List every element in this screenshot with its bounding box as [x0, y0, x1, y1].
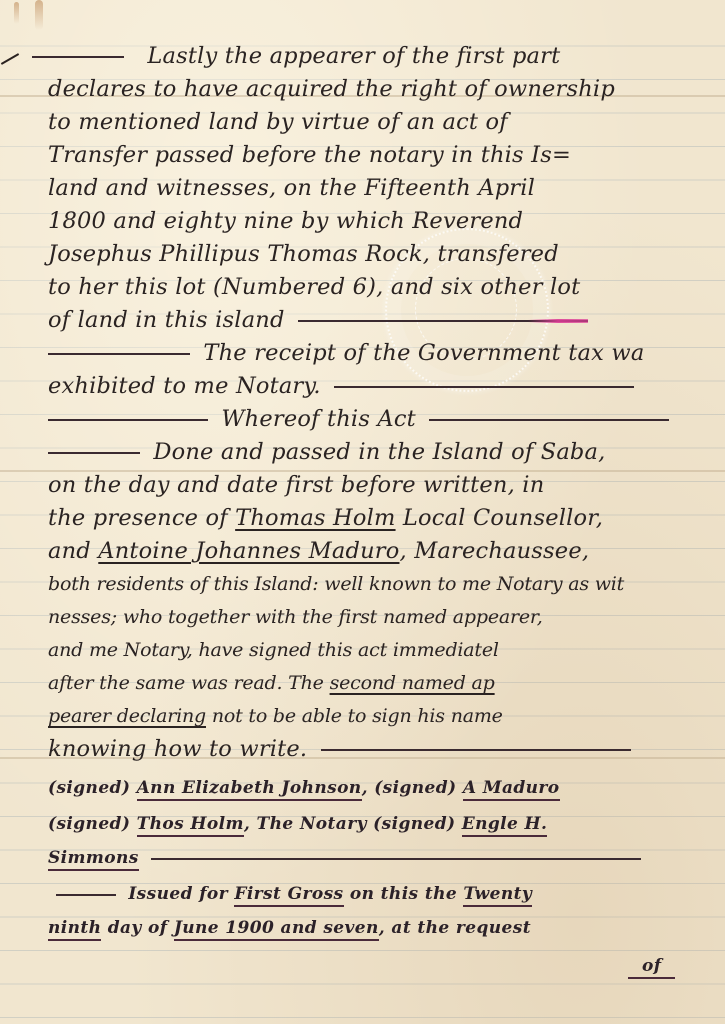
line-text: to mentioned land by virtue of an act of	[48, 109, 508, 135]
line-text: of	[628, 956, 675, 979]
issue-date: June 1900 and seven	[174, 918, 379, 941]
text-line: declares to have acquired the right of o…	[48, 73, 725, 106]
signature-holm: Thos Holm	[137, 814, 244, 837]
text-line: The receipt of the Government tax wa	[48, 337, 725, 370]
margin-tick-mark	[1, 53, 19, 65]
line-text: the presence of	[48, 505, 228, 531]
signature-notary-surname: Simmons	[48, 848, 139, 871]
text-line: knowing how to write.	[48, 733, 725, 766]
line-filler	[56, 894, 116, 896]
line-text: of land in this island	[48, 307, 285, 333]
line-text: Josephus Phillipus Thomas Rock, transfer…	[48, 241, 559, 267]
line-text: exhibited to me Notary.	[48, 373, 321, 399]
signature-maduro: A Maduro	[463, 778, 560, 801]
line-filler	[48, 452, 140, 454]
signed-label: , The Notary (signed)	[244, 814, 456, 834]
line-text: not to be able to sign his name	[212, 705, 503, 727]
line-text: declares to have acquired the right of o…	[48, 76, 615, 102]
text-line: exhibited to me Notary.	[48, 370, 725, 403]
text-line: and Antoine Johannes Maduro, Marechausse…	[48, 535, 725, 568]
text-line: 1800 and eighty nine by which Reverend	[48, 205, 725, 238]
line-text: and me Notary, have signed this act imme…	[48, 639, 499, 661]
line-filler	[321, 749, 631, 751]
text-line: to mentioned land by virtue of an act of	[48, 106, 725, 139]
text-line: of land in this island	[48, 304, 725, 337]
text-line: Done and passed in the Island of Saba,	[48, 436, 725, 469]
text-line: and me Notary, have signed this act imme…	[48, 634, 725, 667]
witness-name: Thomas Holm	[235, 505, 395, 531]
text-line: the presence of Thomas Holm Local Counse…	[48, 502, 725, 535]
paper-stain	[35, 0, 43, 30]
line-filler	[48, 353, 190, 355]
line-filler	[429, 419, 669, 421]
text-line: after the same was read. The second name…	[48, 667, 725, 700]
text-line: both residents of this Island: well know…	[48, 568, 725, 601]
line-text: Local Counsellor,	[403, 505, 603, 531]
issue-day: Twenty	[463, 884, 532, 907]
signature-line: Simmons	[48, 842, 725, 875]
line-text: , Marechaussee,	[399, 538, 589, 564]
line-text: and	[48, 538, 91, 564]
text-line: of	[628, 950, 725, 983]
signature-appearer: Ann Elizabeth Johnson	[137, 778, 362, 801]
text-line: Issued for First Gross on this the Twent…	[48, 878, 725, 911]
line-filler	[32, 56, 124, 58]
line-text: The receipt of the Government tax wa	[203, 340, 644, 366]
line-text: after the same was read. The	[48, 672, 324, 694]
text-line: to her this lot (Numbered 6), and six ot…	[48, 271, 725, 304]
document-page: Lastly the appearer of the first part de…	[0, 0, 725, 1024]
line-filler	[334, 386, 634, 388]
text-line: Josephus Phillipus Thomas Rock, transfer…	[48, 238, 725, 271]
line-text: Whereof this Act	[221, 406, 416, 432]
witness-name: Antoine Johannes Maduro	[98, 538, 399, 564]
text-line: on the day and date first before written…	[48, 469, 725, 502]
copy-type: First Gross	[234, 884, 343, 907]
underlined-phrase: pearer declaring	[48, 705, 206, 727]
text-line: pearer declaring not to be able to sign …	[48, 700, 725, 733]
line-text: both residents of this Island: well know…	[48, 573, 624, 595]
line-text: , at the request	[379, 918, 531, 938]
line-text: Lastly the appearer of the first part	[147, 43, 560, 69]
signed-label: (signed)	[48, 814, 130, 834]
line-text: land and witnesses, on the Fifteenth Apr…	[48, 175, 535, 201]
issue-day: ninth	[48, 918, 101, 941]
line-text: on this the	[350, 884, 457, 904]
line-text: nesses; who together with the first name…	[48, 606, 543, 628]
text-line: nesses; who together with the first name…	[48, 601, 725, 634]
line-text: on the day and date first before written…	[48, 472, 544, 498]
signature-notary: Engle H.	[462, 814, 548, 837]
text-line: land and witnesses, on the Fifteenth Apr…	[48, 172, 725, 205]
text-line: Transfer passed before the notary in thi…	[48, 139, 725, 172]
line-filler	[48, 419, 208, 421]
line-filler	[151, 858, 641, 860]
line-text: knowing how to write.	[48, 736, 307, 762]
signature-line: (signed) Ann Elizabeth Johnson, (signed)…	[48, 772, 725, 805]
line-text: Transfer passed before the notary in thi…	[48, 142, 571, 168]
text-line: ninth day of June 1900 and seven, at the…	[48, 912, 725, 945]
line-text: 1800 and eighty nine by which Reverend	[48, 208, 523, 234]
line-text: to her this lot (Numbered 6), and six ot…	[48, 274, 580, 300]
underlined-phrase: second named ap	[330, 672, 495, 694]
signed-label: (signed)	[48, 778, 130, 798]
line-text: Done and passed in the Island of Saba,	[153, 439, 605, 465]
line-text: day of	[108, 918, 168, 938]
text-line: Lastly the appearer of the first part	[48, 40, 725, 73]
paper-stain	[14, 2, 19, 24]
pink-ink-mark	[528, 319, 588, 323]
signature-line: (signed) Thos Holm, The Notary (signed) …	[48, 808, 725, 841]
line-text: Issued for	[128, 884, 228, 904]
signed-label: , (signed)	[362, 778, 457, 798]
text-line: Whereof this Act	[48, 403, 725, 436]
